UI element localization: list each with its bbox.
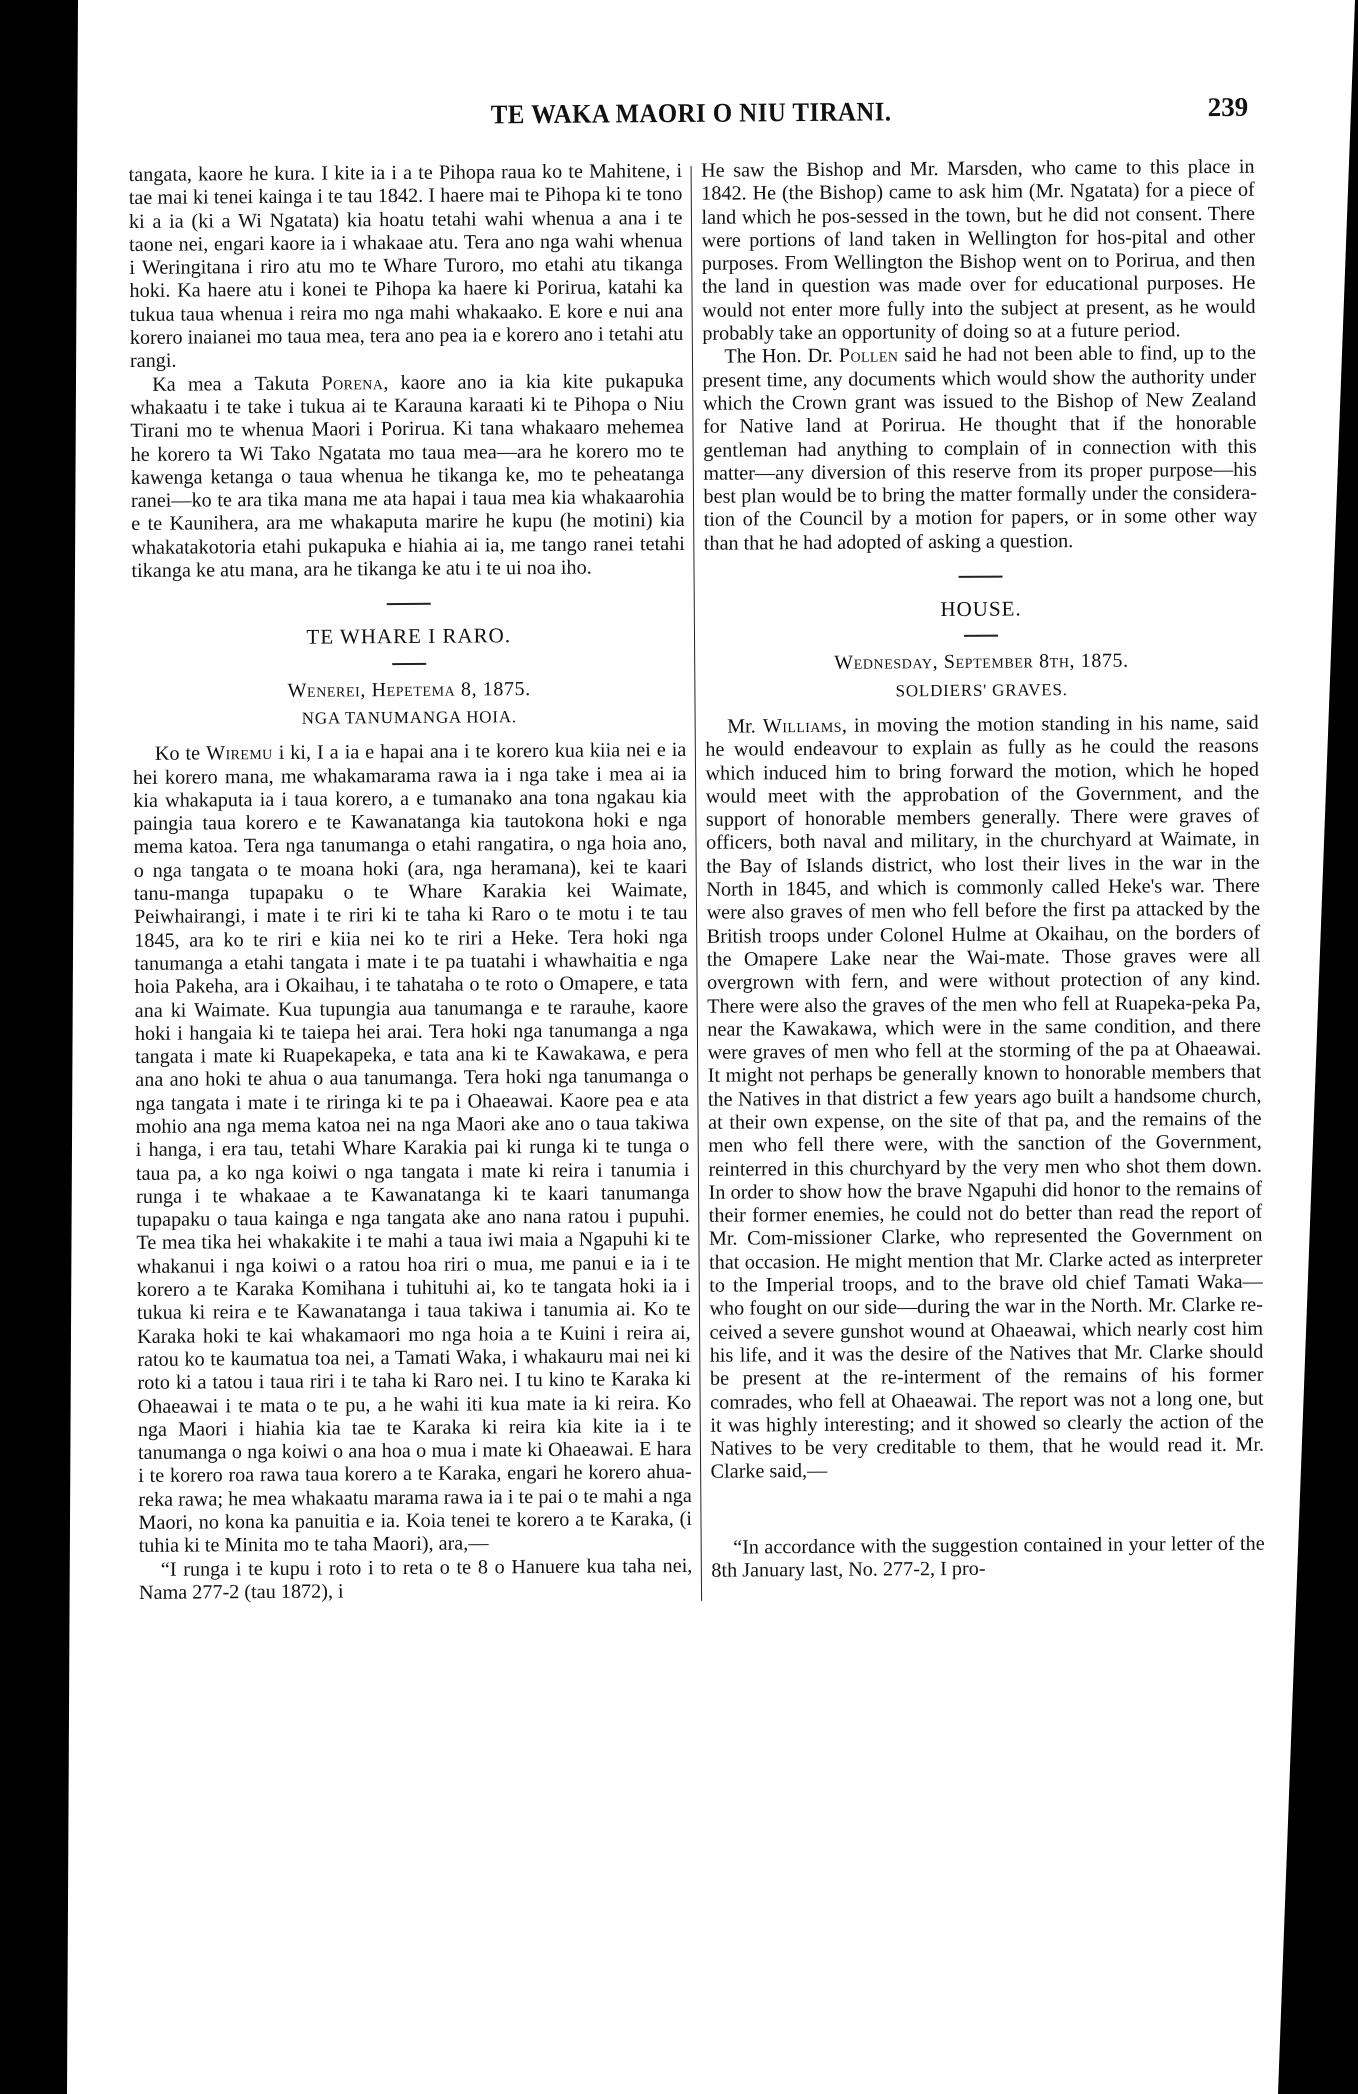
paragraph-text: Ko te (155, 743, 206, 765)
section-subheading: NGA TANUMANGA HOIA. (133, 704, 687, 731)
speaker-name: Porena (321, 372, 383, 394)
wiremu-paragraph: Ko te Wiremu i ki, I a ia e hapai ana i … (133, 739, 692, 1558)
paragraph-text: The Hon. Dr. (724, 345, 838, 368)
paragraph-text: said he had not been able to find, up to… (703, 342, 1258, 554)
section-date: Wenerei, Hepetema 8, 1875. (132, 677, 686, 704)
section-rule (959, 576, 1003, 578)
paragraph-text: i ki, I a ia e hapai ana i te korero kua… (133, 739, 692, 1557)
left-intro-paragraph: tangata, kaore he kura. I kite ia i a te… (129, 160, 684, 374)
spacer (711, 1480, 1265, 1536)
section-heading: HOUSE. (704, 596, 1258, 623)
paragraph-text: , kaore ano ia kia kite pukapuka whakaat… (130, 370, 685, 582)
letter-quote-start: “I runga i te kupu i roto i to reta o te… (139, 1555, 693, 1606)
right-column-english: He saw the Bishop and Mr. Marsden, who c… (691, 156, 1265, 1583)
two-column-body: tangata, kaore he kura. I kite ia i a te… (129, 156, 1266, 1605)
section-date: Wednesday, September 8th, 1875. (705, 649, 1259, 676)
section-rule (964, 635, 998, 637)
running-title: TE WAKA MAORI O NIU TIRANI. (173, 94, 1209, 133)
section-rule (387, 603, 431, 605)
left-column-maori: tangata, kaore he kura. I kite ia i a te… (129, 160, 701, 1605)
section-subheading: SOLDIERS' GRAVES. (705, 676, 1259, 703)
paragraph-text: Mr. (727, 715, 763, 737)
running-head: TE WAKA MAORI O NIU TIRANI. 239 (128, 84, 1254, 142)
scan-border-left (0, 0, 80, 2094)
speaker-name: Wiremu (206, 742, 273, 764)
paragraph-text: Ka mea a Takuta (152, 372, 321, 395)
newspaper-page: TE WAKA MAORI O NIU TIRANI. 239 tangata,… (128, 84, 1265, 1605)
right-intro-paragraph: He saw the Bishop and Mr. Marsden, who c… (701, 156, 1256, 346)
pollen-paragraph: The Hon. Dr. Pollen said he had not been… (702, 342, 1257, 556)
paragraph-text: , in moving the motion standing in his n… (705, 712, 1264, 1484)
speaker-name: Williams (763, 715, 842, 738)
scan-border-right (1278, 0, 1358, 2094)
section-rule (392, 662, 426, 664)
williams-paragraph: Mr. Williams, in moving the motion stand… (705, 712, 1264, 1485)
section-heading: TE WHARE I RARO. (132, 623, 686, 650)
letter-quote-start: “In accordance with the suggestion conta… (711, 1532, 1265, 1583)
speaker-name: Pollen (839, 345, 899, 367)
porena-paragraph: Ka mea a Takuta Porena, kaore ano ia kia… (130, 370, 685, 584)
page-number: 239 (1208, 92, 1249, 123)
